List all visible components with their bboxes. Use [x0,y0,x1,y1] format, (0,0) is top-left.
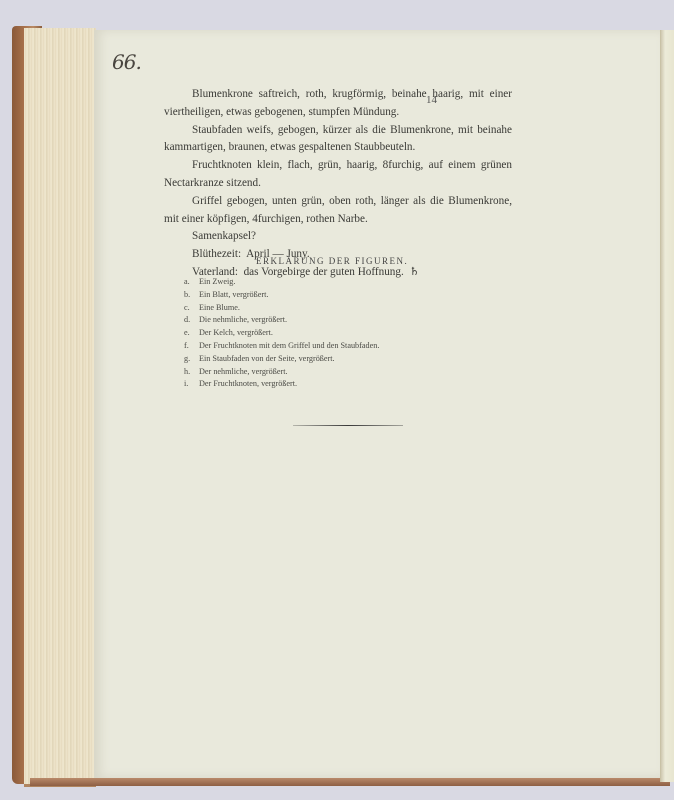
figure-caption: Die nehmliche, vergrößert. [199,314,287,327]
page-edges [24,28,96,787]
figures-heading: Erklärung der Figuren. [256,256,408,266]
figure-letter: f. [184,340,199,353]
paragraph-capsule: Samenkapsel? [164,228,512,246]
figure-letter: i. [184,378,199,391]
figures-list: a.Ein Zweig. b.Ein Blatt, vergrößert. c.… [184,276,484,391]
figure-caption: Der Kelch, vergrößert. [199,327,273,340]
figure-item: e.Der Kelch, vergrößert. [184,327,484,340]
figure-caption: Der nehmliche, vergrößert. [199,366,288,379]
section-end-rule [293,425,403,426]
figure-item: f.Der Fruchtknoten mit dem Griffel und d… [184,340,484,353]
figure-item: h.Der nehmliche, vergrößert. [184,366,484,379]
figure-letter: d. [184,314,199,327]
figure-caption: Ein Blatt, vergrößert. [199,289,268,302]
handwritten-folio-number: 66. [112,50,141,74]
figure-caption: Eine Blume. [199,302,240,315]
figure-letter: c. [184,302,199,315]
paragraph-stamens: Staubfaden weifs, gebogen, kürzer als di… [164,122,512,158]
figure-letter: g. [184,353,199,366]
facing-page-edge [660,30,674,782]
paragraph-ovary: Fruchtknoten klein, flach, grün, haarig,… [164,157,512,193]
paragraph-style: Griffel gebogen, unten grün, oben roth, … [164,193,512,229]
figure-caption: Ein Zweig. [199,276,235,289]
figure-item: a.Ein Zweig. [184,276,484,289]
figure-item: c.Eine Blume. [184,302,484,315]
figure-letter: h. [184,366,199,379]
paragraph-corolla: Blumenkrone saftreich, roth, krugförmig,… [164,86,512,122]
figure-letter: a. [184,276,199,289]
figure-item: b.Ein Blatt, vergrößert. [184,289,484,302]
figure-item: g.Ein Staubfaden von der Seite, vergröße… [184,353,484,366]
figure-caption: Der Fruchtknoten mit dem Griffel und den… [199,340,379,353]
figure-caption: Ein Staubfaden von der Seite, vergrößert… [199,353,335,366]
figure-letter: e. [184,327,199,340]
description-text: Blumenkrone saftreich, roth, krugförmig,… [164,86,512,282]
figure-item: d.Die nehmliche, vergrößert. [184,314,484,327]
figure-item: i.Der Fruchtknoten, vergrößert. [184,378,484,391]
book-cover-bottom [30,778,670,786]
figure-caption: Der Fruchtknoten, vergrößert. [199,378,297,391]
figure-letter: b. [184,289,199,302]
